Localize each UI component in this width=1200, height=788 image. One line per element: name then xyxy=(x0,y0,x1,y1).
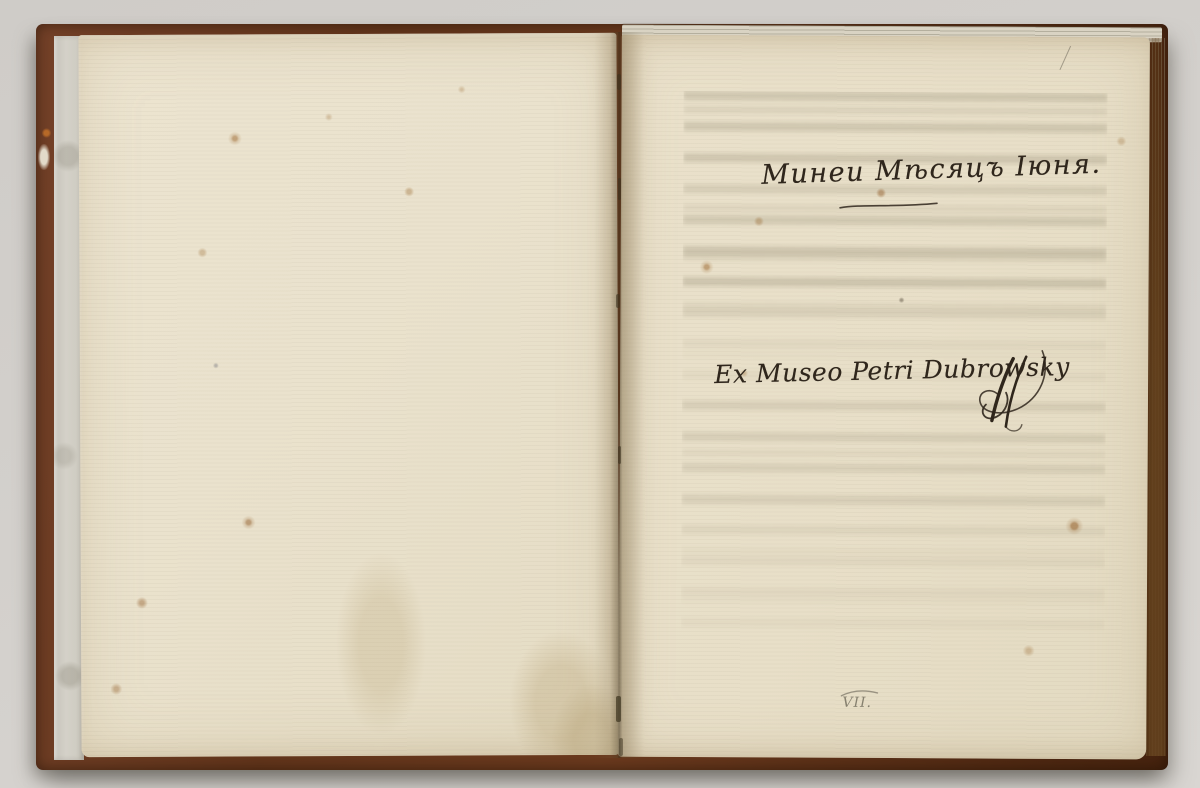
signature-flourish xyxy=(950,342,1050,435)
title-underline-flourish xyxy=(839,201,939,211)
right-page: Минеи Мѣсяцъ Іюня. Ex Museo Petri Dubrow… xyxy=(618,35,1150,760)
folio-pencil-mark: VII. xyxy=(839,688,887,720)
leather-chip xyxy=(38,144,50,170)
leather-rust-spot xyxy=(42,128,51,138)
scratch-mark xyxy=(1059,46,1071,70)
photo-backdrop: Минеи Мѣсяцъ Іюня. Ex Museo Petri Dubrow… xyxy=(0,0,1200,788)
foxing-spots xyxy=(78,33,619,757)
left-page-blank xyxy=(78,33,619,757)
book: Минеи Мѣсяцъ Іюня. Ex Museo Petri Dubrow… xyxy=(0,0,1200,788)
folio-label: VII. xyxy=(842,695,872,711)
